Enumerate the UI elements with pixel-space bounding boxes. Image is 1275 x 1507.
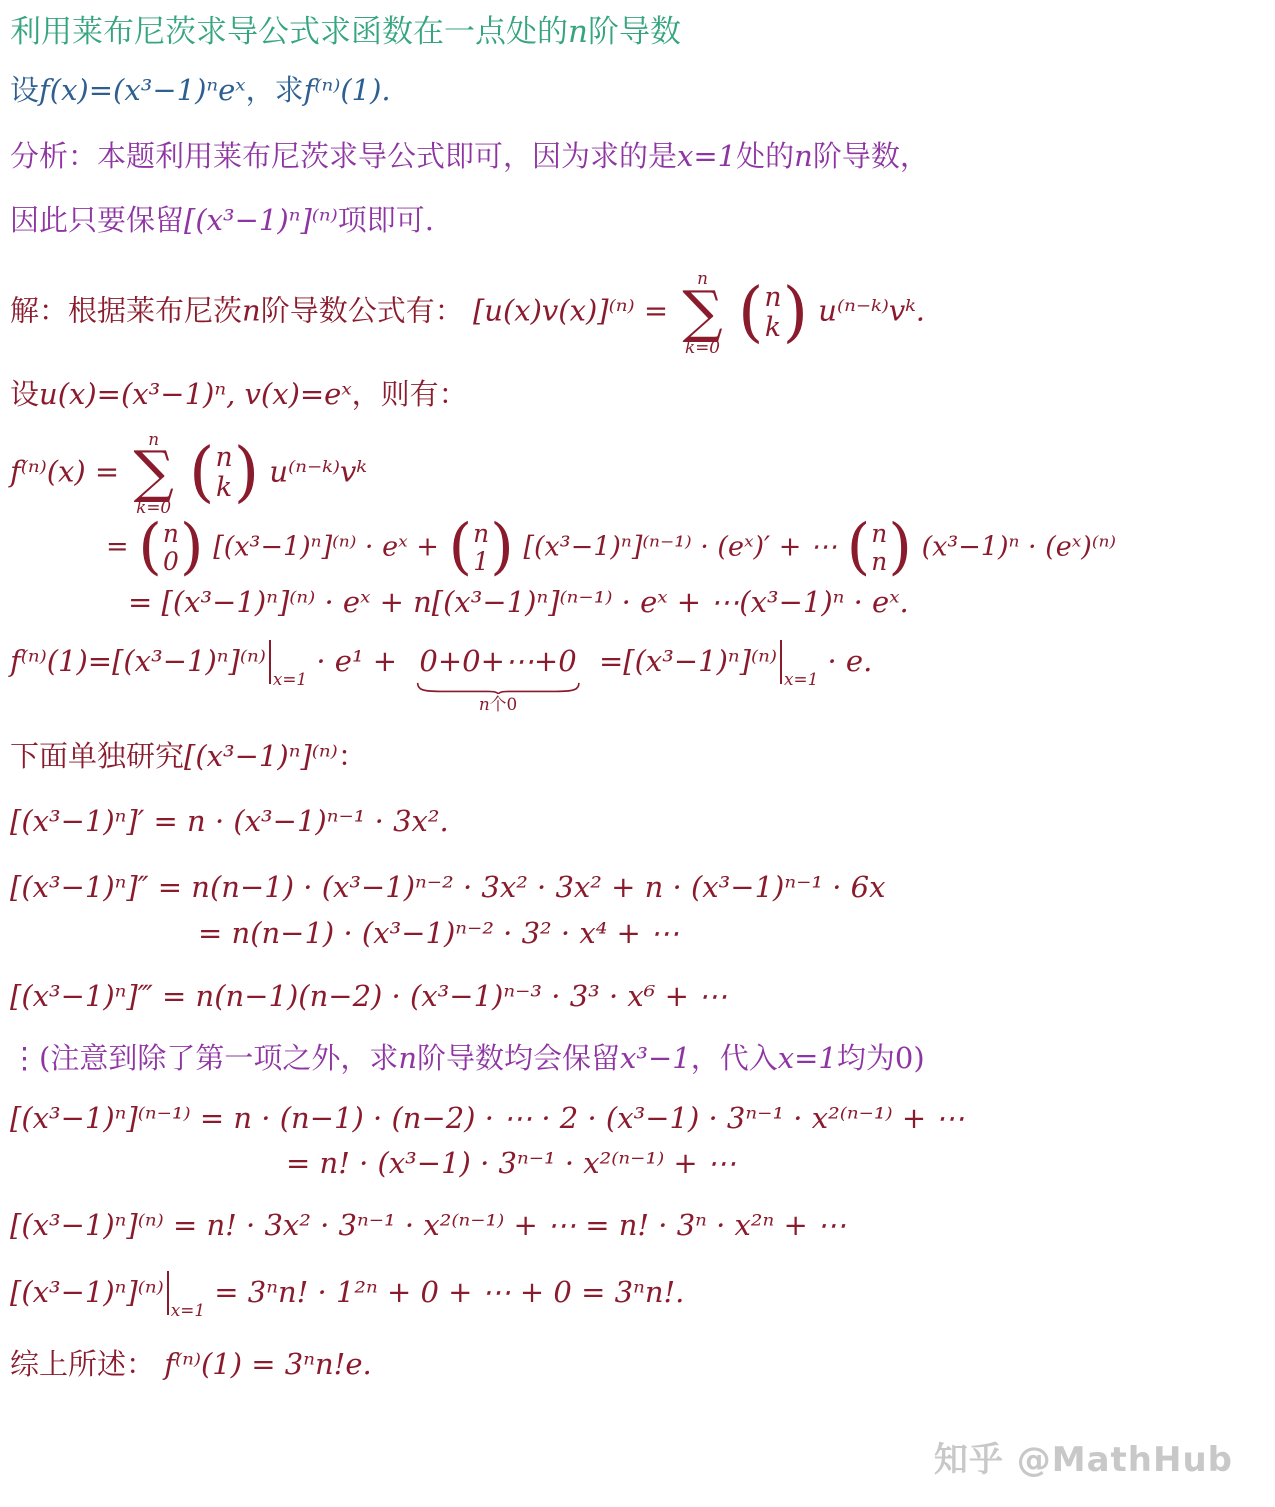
cjk-segment: 阶导数公式有： xyxy=(261,294,464,328)
right-paren-icon: ) xyxy=(783,286,808,340)
math-segment: [(x³−1)ⁿ]⁽ⁿ⁾ xyxy=(10,1275,164,1309)
note-line: ⋮(注意到除了第一项之外，求n阶导数均会保留x³−1，代入x=1均为0) xyxy=(10,1040,1269,1078)
n-derivative-line: [(x³−1)ⁿ]⁽ⁿ⁾ = n! · 3x² · 3ⁿ⁻¹ · x²⁽ⁿ⁻¹⁾… xyxy=(10,1207,1269,1245)
math-segment: [(x³−1)ⁿ]⁽ⁿ⁾ xyxy=(184,203,338,237)
underbrace-label-var: n xyxy=(479,694,490,714)
title-text-post: 阶导数 xyxy=(588,14,681,50)
cjk-segment: (注意到除了第一项之外，求 xyxy=(39,1041,398,1075)
evaluation-subscript: x=1 xyxy=(784,669,818,689)
sigma-icon: ∑ xyxy=(133,448,173,498)
fn-at-1-line: f⁽ⁿ⁾(1)=[(x³−1)ⁿ]⁽ⁿ⁾x=1 · e¹ + 0+0+⋯+0 n… xyxy=(10,640,1269,716)
binom-top: n xyxy=(871,520,887,548)
analysis-line-2: 因此只要保留[(x³−1)ⁿ]⁽ⁿ⁾项即可. xyxy=(10,202,1269,240)
cjk-segment: 本题利用莱布尼茨求导公式即可，因为求的是 xyxy=(97,139,677,173)
right-paren-icon: ) xyxy=(234,446,259,500)
cjk-segment: 设 xyxy=(10,73,39,107)
math-segment: [(x³−1)ⁿ]⁽ⁿ⁾ = n! · 3x² · 3ⁿ⁻¹ · x²⁽ⁿ⁻¹⁾… xyxy=(10,1208,846,1242)
math-segment: x³−1 xyxy=(620,1041,691,1075)
evaluation-bar xyxy=(269,640,271,684)
cjk-segment: 处的 xyxy=(736,139,794,173)
right-paren-icon: ) xyxy=(888,523,912,573)
n-minus-1-derivative-line-1: [(x³−1)ⁿ]⁽ⁿ⁻¹⁾ = n · (n−1) · (n−2) · ⋯ ·… xyxy=(10,1100,1269,1138)
binom-top: n xyxy=(764,283,781,313)
cjk-segment: 下面单独研究 xyxy=(10,739,184,773)
summation-operator: n ∑ k=0 xyxy=(133,430,173,517)
cjk-segment: 阶导数均会保留 xyxy=(417,1041,620,1075)
math-segment: f⁽ⁿ⁾(1)=[(x³−1)ⁿ]⁽ⁿ⁾ xyxy=(10,644,266,678)
binomial-coefficient: ( n n ) xyxy=(847,520,912,576)
cjk-segment: ，代入 xyxy=(691,1041,778,1075)
math-segment: x=1 xyxy=(778,1041,837,1075)
cjk-segment: 设 xyxy=(10,377,39,411)
study-intro-line: 下面单独研究[(x³−1)ⁿ]⁽ⁿ⁾： xyxy=(10,738,1269,776)
second-derivative-line-1: [(x³−1)ⁿ]″ = n(n−1) · (x³−1)ⁿ⁻² · 3x² · … xyxy=(10,869,1269,907)
binom-top: n xyxy=(163,520,179,548)
expansion-line-1: = ( n 0 ) [(x³−1)ⁿ]⁽ⁿ⁾ · eˣ + ( n 1 ) [(… xyxy=(10,520,1269,576)
title-text: 利用莱布尼茨求导公式求函数在一点处的 xyxy=(10,14,568,50)
conclusion-line: 综上所述： f⁽ⁿ⁾(1) = 3ⁿn!e. xyxy=(10,1346,1269,1384)
math-segment: [(x³−1)ⁿ]′ = n · (x³−1)ⁿ⁻¹ · 3x². xyxy=(10,804,449,838)
binom-bottom: 0 xyxy=(163,548,179,576)
left-paren-icon: ( xyxy=(189,446,214,500)
underbrace-label-rest: 个0 xyxy=(490,694,518,714)
math-segment: =[(x³−1)ⁿ]⁽ⁿ⁾ xyxy=(599,644,777,678)
math-segment: [(x³−1)ⁿ]″ = n(n−1) · (x³−1)ⁿ⁻² · 3x² · … xyxy=(10,870,885,904)
math-segment: [(x³−1)ⁿ]‴ = n(n−1)(n−2) · (x³−1)ⁿ⁻³ · 3… xyxy=(10,979,727,1013)
third-derivative-line: [(x³−1)ⁿ]‴ = n(n−1)(n−2) · (x³−1)ⁿ⁻³ · 3… xyxy=(10,978,1269,1016)
binom-bottom: k xyxy=(216,473,232,503)
math-segment: · e¹ + xyxy=(316,644,397,678)
left-paren-icon: ( xyxy=(138,523,162,573)
underbrace-icon xyxy=(416,682,581,694)
uv-definition-line: 设u(x)=(x³−1)ⁿ, v(x)=eˣ，则有： xyxy=(10,376,1269,414)
n-minus-1-derivative-line-2: = n! · (x³−1) · 3ⁿ⁻¹ · x²⁽ⁿ⁻¹⁾ + ⋯ xyxy=(10,1145,1269,1183)
math-segment: = n! · (x³−1) · 3ⁿ⁻¹ · x²⁽ⁿ⁻¹⁾ + ⋯ xyxy=(286,1146,736,1180)
page-title: 利用莱布尼茨求导公式求函数在一点处的n阶导数 xyxy=(10,12,1269,52)
vertical-ellipsis: ⋮ xyxy=(10,1041,39,1075)
binom-top: n xyxy=(216,443,233,473)
math-segment: = [(x³−1)ⁿ]⁽ⁿ⁾ · eˣ + n[(x³−1)ⁿ]⁽ⁿ⁻¹⁾ · … xyxy=(128,585,909,619)
binomial-coefficient: ( n 0 ) xyxy=(138,520,203,576)
cjk-segment: 项即可. xyxy=(338,203,434,237)
math-segment: f⁽ⁿ⁾(x) = xyxy=(10,454,119,488)
math-segment: n xyxy=(398,1041,417,1075)
math-segment: [u(x)v(x)]⁽ⁿ⁾ = xyxy=(473,294,668,328)
cjk-segment: ，则有： xyxy=(352,377,468,411)
right-paren-icon: ) xyxy=(490,523,514,573)
evaluation-subscript: x=1 xyxy=(171,1300,205,1320)
cjk-segment: 因此只要保留 xyxy=(10,203,184,237)
left-paren-icon: ( xyxy=(448,523,472,573)
cjk-segment: 根据莱布尼茨 xyxy=(68,294,242,328)
math-segment: f⁽ⁿ⁾(1) = 3ⁿn!e. xyxy=(164,1347,371,1381)
math-segment: [(x³−1)ⁿ]⁽ⁿ⁻¹⁾ = n · (n−1) · (n−2) · ⋯ ·… xyxy=(10,1101,964,1135)
math-segment: [(x³−1)ⁿ]⁽ⁿ⁻¹⁾ · (eˣ)′ + ⋯ xyxy=(523,532,837,563)
math-segment: · e. xyxy=(827,644,872,678)
cjk-segment: 阶导数， xyxy=(813,139,929,173)
underbrace-group: 0+0+⋯+0 n个0 xyxy=(412,643,583,716)
summation-operator: n ∑ k=0 xyxy=(682,269,722,356)
cjk-segment: 综上所述： xyxy=(10,1347,155,1381)
underbrace-label: n个0 xyxy=(479,694,517,715)
binom-bottom: 1 xyxy=(473,548,489,576)
math-segment: [(x³−1)ⁿ]⁽ⁿ⁾ · eˣ + xyxy=(213,532,439,563)
evaluation-bar xyxy=(780,640,782,684)
cjk-segment: ： xyxy=(338,739,367,773)
math-segment: n xyxy=(794,139,813,173)
math-segment: [(x³−1)ⁿ]⁽ⁿ⁾ xyxy=(184,739,338,773)
binomial-coefficient: ( n k ) xyxy=(189,443,259,503)
math-segment: u⁽ⁿ⁻ᵏ⁾vᵏ. xyxy=(818,294,925,328)
evaluation-bar xyxy=(167,1271,169,1315)
math-solution-document: 利用莱布尼茨求导公式求函数在一点处的n阶导数 设f(x)=(x³−1)ⁿeˣ，求… xyxy=(0,0,1275,1383)
math-segment: = 3ⁿn! · 1²ⁿ + 0 + ⋯ + 0 = 3ⁿn!. xyxy=(214,1275,684,1309)
underbrace-content: 0+0+⋯+0 xyxy=(419,643,576,681)
cjk-segment: 均为0) xyxy=(837,1041,925,1075)
binom-bottom: n xyxy=(871,548,887,576)
watermark: 知乎 @MathHub xyxy=(934,1432,1233,1481)
math-segment: f(x)=(x³−1)ⁿeˣ xyxy=(39,73,246,107)
fn-sum-line: f⁽ⁿ⁾(x) = n ∑ k=0 ( n k ) u⁽ⁿ⁻ᵏ⁾vᵏ xyxy=(10,430,1269,517)
evaluation-subscript: x=1 xyxy=(273,669,307,689)
title-var-n: n xyxy=(568,14,588,50)
sum-lower-limit: k=0 xyxy=(685,338,720,356)
math-segment: n xyxy=(242,294,261,328)
left-paren-icon: ( xyxy=(847,523,871,573)
left-paren-icon: ( xyxy=(738,286,763,340)
math-segment: x=1 xyxy=(677,139,736,173)
binom-bottom: k xyxy=(765,313,781,343)
analysis-line-1: 分析：本题利用莱布尼茨求导公式即可，因为求的是x=1处的n阶导数， xyxy=(10,138,1269,176)
binomial-coefficient: ( n 1 ) xyxy=(448,520,513,576)
analysis-label: 分析： xyxy=(10,139,97,173)
math-segment: u⁽ⁿ⁻ᵏ⁾vᵏ xyxy=(269,454,367,488)
math-segment: = n(n−1) · (x³−1)ⁿ⁻² · 3² · x⁴ + ⋯ xyxy=(198,916,679,950)
math-segment: (x³−1)ⁿ · (eˣ)⁽ⁿ⁾ xyxy=(922,532,1116,563)
right-paren-icon: ) xyxy=(180,523,204,573)
math-segment: f⁽ⁿ⁾(1). xyxy=(304,73,391,107)
binomial-coefficient: ( n k ) xyxy=(738,283,808,343)
cjk-segment: ，求 xyxy=(246,73,304,107)
solution-label: 解： xyxy=(10,294,68,328)
problem-statement: 设f(x)=(x³−1)ⁿeˣ，求f⁽ⁿ⁾(1). xyxy=(10,72,1269,110)
equals-sign: = xyxy=(106,532,129,563)
first-derivative-line: [(x³−1)ⁿ]′ = n · (x³−1)ⁿ⁻¹ · 3x². xyxy=(10,803,1269,841)
math-segment: u(x)=(x³−1)ⁿ, v(x)=eˣ xyxy=(39,377,352,411)
solution-leibniz-formula-line: 解：根据莱布尼茨n阶导数公式有： [u(x)v(x)]⁽ⁿ⁾ = n ∑ k=0… xyxy=(10,269,1269,356)
second-derivative-line-2: = n(n−1) · (x³−1)ⁿ⁻² · 3² · x⁴ + ⋯ xyxy=(10,915,1269,953)
binom-top: n xyxy=(473,520,489,548)
n-derivative-at-1-line: [(x³−1)ⁿ]⁽ⁿ⁾x=1 = 3ⁿn! · 1²ⁿ + 0 + ⋯ + 0… xyxy=(10,1271,1269,1322)
sigma-icon: ∑ xyxy=(682,288,722,338)
expansion-line-2: = [(x³−1)ⁿ]⁽ⁿ⁾ · eˣ + n[(x³−1)ⁿ]⁽ⁿ⁻¹⁾ · … xyxy=(10,584,1269,622)
